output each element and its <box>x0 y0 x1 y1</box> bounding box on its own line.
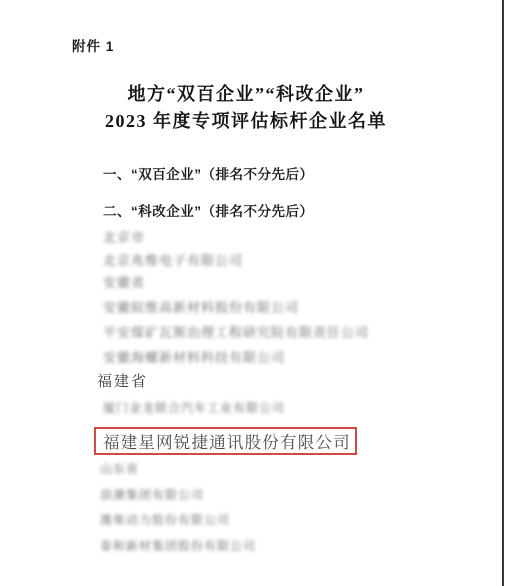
province-label-blurred: 北京市 <box>103 227 145 246</box>
company-name-blurred: 平安煤矿瓦斯治理工程研究院有限责任公司 <box>103 322 369 341</box>
company-name-blurred: 安徽皖维高新材料股份有限公司 <box>103 297 299 316</box>
title-line-1: 地方“双百企业”“科改企业” <box>0 81 492 108</box>
section-heading-shuangbai: 一、“双百企业”（排名不分先后） <box>103 163 314 183</box>
highlight-box: 福建星网锐捷通讯股份有限公司 <box>94 427 357 455</box>
title-line-2: 2023 年度专项评估标杆企业名单 <box>0 108 492 135</box>
province-label-blurred: 安徽省 <box>103 272 145 291</box>
page-edge-line <box>502 0 504 586</box>
attachment-label: 附件 1 <box>72 35 114 55</box>
province-label-fujian: 福建省 <box>97 370 148 391</box>
province-label-blurred: 山东省 <box>100 460 139 477</box>
company-name-blurred: 泰和新材集团股份有限公司 <box>100 537 256 554</box>
company-name-blurred: 浪潮集团有限公司 <box>100 486 204 503</box>
company-name-blurred: 厦门金龙联合汽车工业有限公司 <box>103 399 285 416</box>
company-name-blurred: 潍柴动力股份有限公司 <box>100 511 230 528</box>
company-name-blurred: 北京兆维电子有限公司 <box>103 250 243 269</box>
document-page: 附件 1 地方“双百企业”“科改企业” 2023 年度专项评估标杆企业名单 一、… <box>0 0 506 586</box>
company-name-highlighted: 福建星网锐捷通讯股份有限公司 <box>103 429 351 453</box>
company-name-blurred: 安徽海螺新材料科技有限公司 <box>103 347 285 366</box>
section-heading-kegai: 二、“科改企业”（排名不分先后） <box>103 200 314 220</box>
document-title: 地方“双百企业”“科改企业” 2023 年度专项评估标杆企业名单 <box>0 81 492 135</box>
